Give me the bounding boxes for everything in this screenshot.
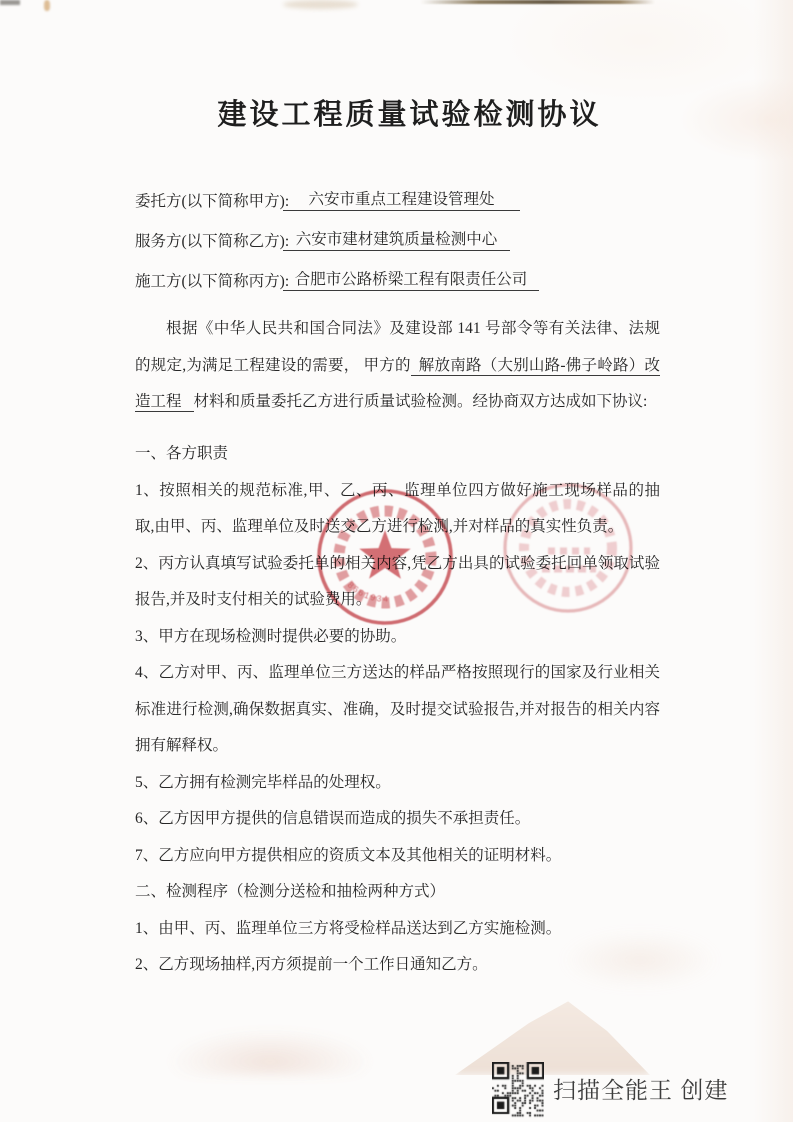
scan-artifact-smudge-bottom <box>455 995 650 1075</box>
section1-item: 2、丙方认真填写试验委托单的相关内容,凭乙方出具的试验委托回单领取试验报告,并及… <box>135 546 660 619</box>
section2-heading: 二、检测程序（检测分送检和抽检两种方式） <box>135 874 660 911</box>
section1-item: 3、甲方在现场检测时提供必要的协助。 <box>135 619 660 656</box>
scanned-page: 建设工程质量试验检测协议 委托方(以下简称甲方): 六安市重点工程建设管理处 服… <box>0 0 793 1122</box>
party-label: 施工方(以下简称丙方): <box>135 269 283 291</box>
qr-code <box>492 1062 544 1118</box>
party-value-underline: 六安市重点工程建设管理处 <box>283 187 520 211</box>
section2-item: 2、乙方现场抽样,丙方须提前一个工作日通知乙方。 <box>135 947 660 984</box>
document-title: 建设工程质量试验检测协议 <box>147 92 672 133</box>
section1-item: 1、按照相关的规范标准,甲、乙、丙、监理单位四方做好施工现场样品的抽取,由甲、丙… <box>135 473 660 546</box>
party-label: 委托方(以下简称甲方): <box>135 189 283 211</box>
party-label: 服务方(以下简称乙方): <box>135 229 283 251</box>
section1-item: 7、乙方应向甲方提供相应的资质文本及其他相关的证明材料。 <box>135 838 660 875</box>
party-row-bingfang: 施工方(以下简称丙方): 合肥市公路桥梁工程有限责任公司 <box>135 271 660 291</box>
section1-item: 6、乙方因甲方提供的信息错误而造成的损失不承担责任。 <box>135 801 660 838</box>
party-row-yifang: 服务方(以下简称乙方): 六安市建材建筑质量检测中心 <box>135 231 660 251</box>
section2-item: 1、由甲、丙、监理单位三方将受检样品送达到乙方实施检测。 <box>135 911 660 948</box>
document-body: 建设工程质量试验检测协议 委托方(以下简称甲方): 六安市重点工程建设管理处 服… <box>0 0 793 984</box>
scan-artifact-smudge-left <box>165 1028 375 1076</box>
section1-item: 4、乙方对甲、丙、监理单位三方送达的样品严格按照现行的国家及行业相关标准进行检测… <box>135 655 660 765</box>
parties-block: 委托方(以下简称甲方): 六安市重点工程建设管理处 服务方(以下简称乙方): 六… <box>135 191 660 291</box>
intro-paragraph: 根据《中华人民共和国合同法》及建设部 141 号部令等有关法律、法规的规定,为满… <box>135 311 660 421</box>
section1-heading: 一、各方职责 <box>135 436 660 473</box>
section1-item: 5、乙方拥有检测完毕样品的处理权。 <box>135 765 660 802</box>
party-value-underline: 六安市建材建筑质量检测中心 <box>283 227 510 251</box>
scanner-watermark-caption: 扫描全能王 创建 <box>553 1072 728 1105</box>
intro-text-after: 材料和质量委托乙方进行质量试验检测。经协商双方达成如下协议: <box>194 393 648 410</box>
party-value-underline: 合肥市公路桥梁工程有限责任公司 <box>283 267 539 291</box>
party-row-jiafang: 委托方(以下简称甲方): 六安市重点工程建设管理处 <box>135 191 660 211</box>
